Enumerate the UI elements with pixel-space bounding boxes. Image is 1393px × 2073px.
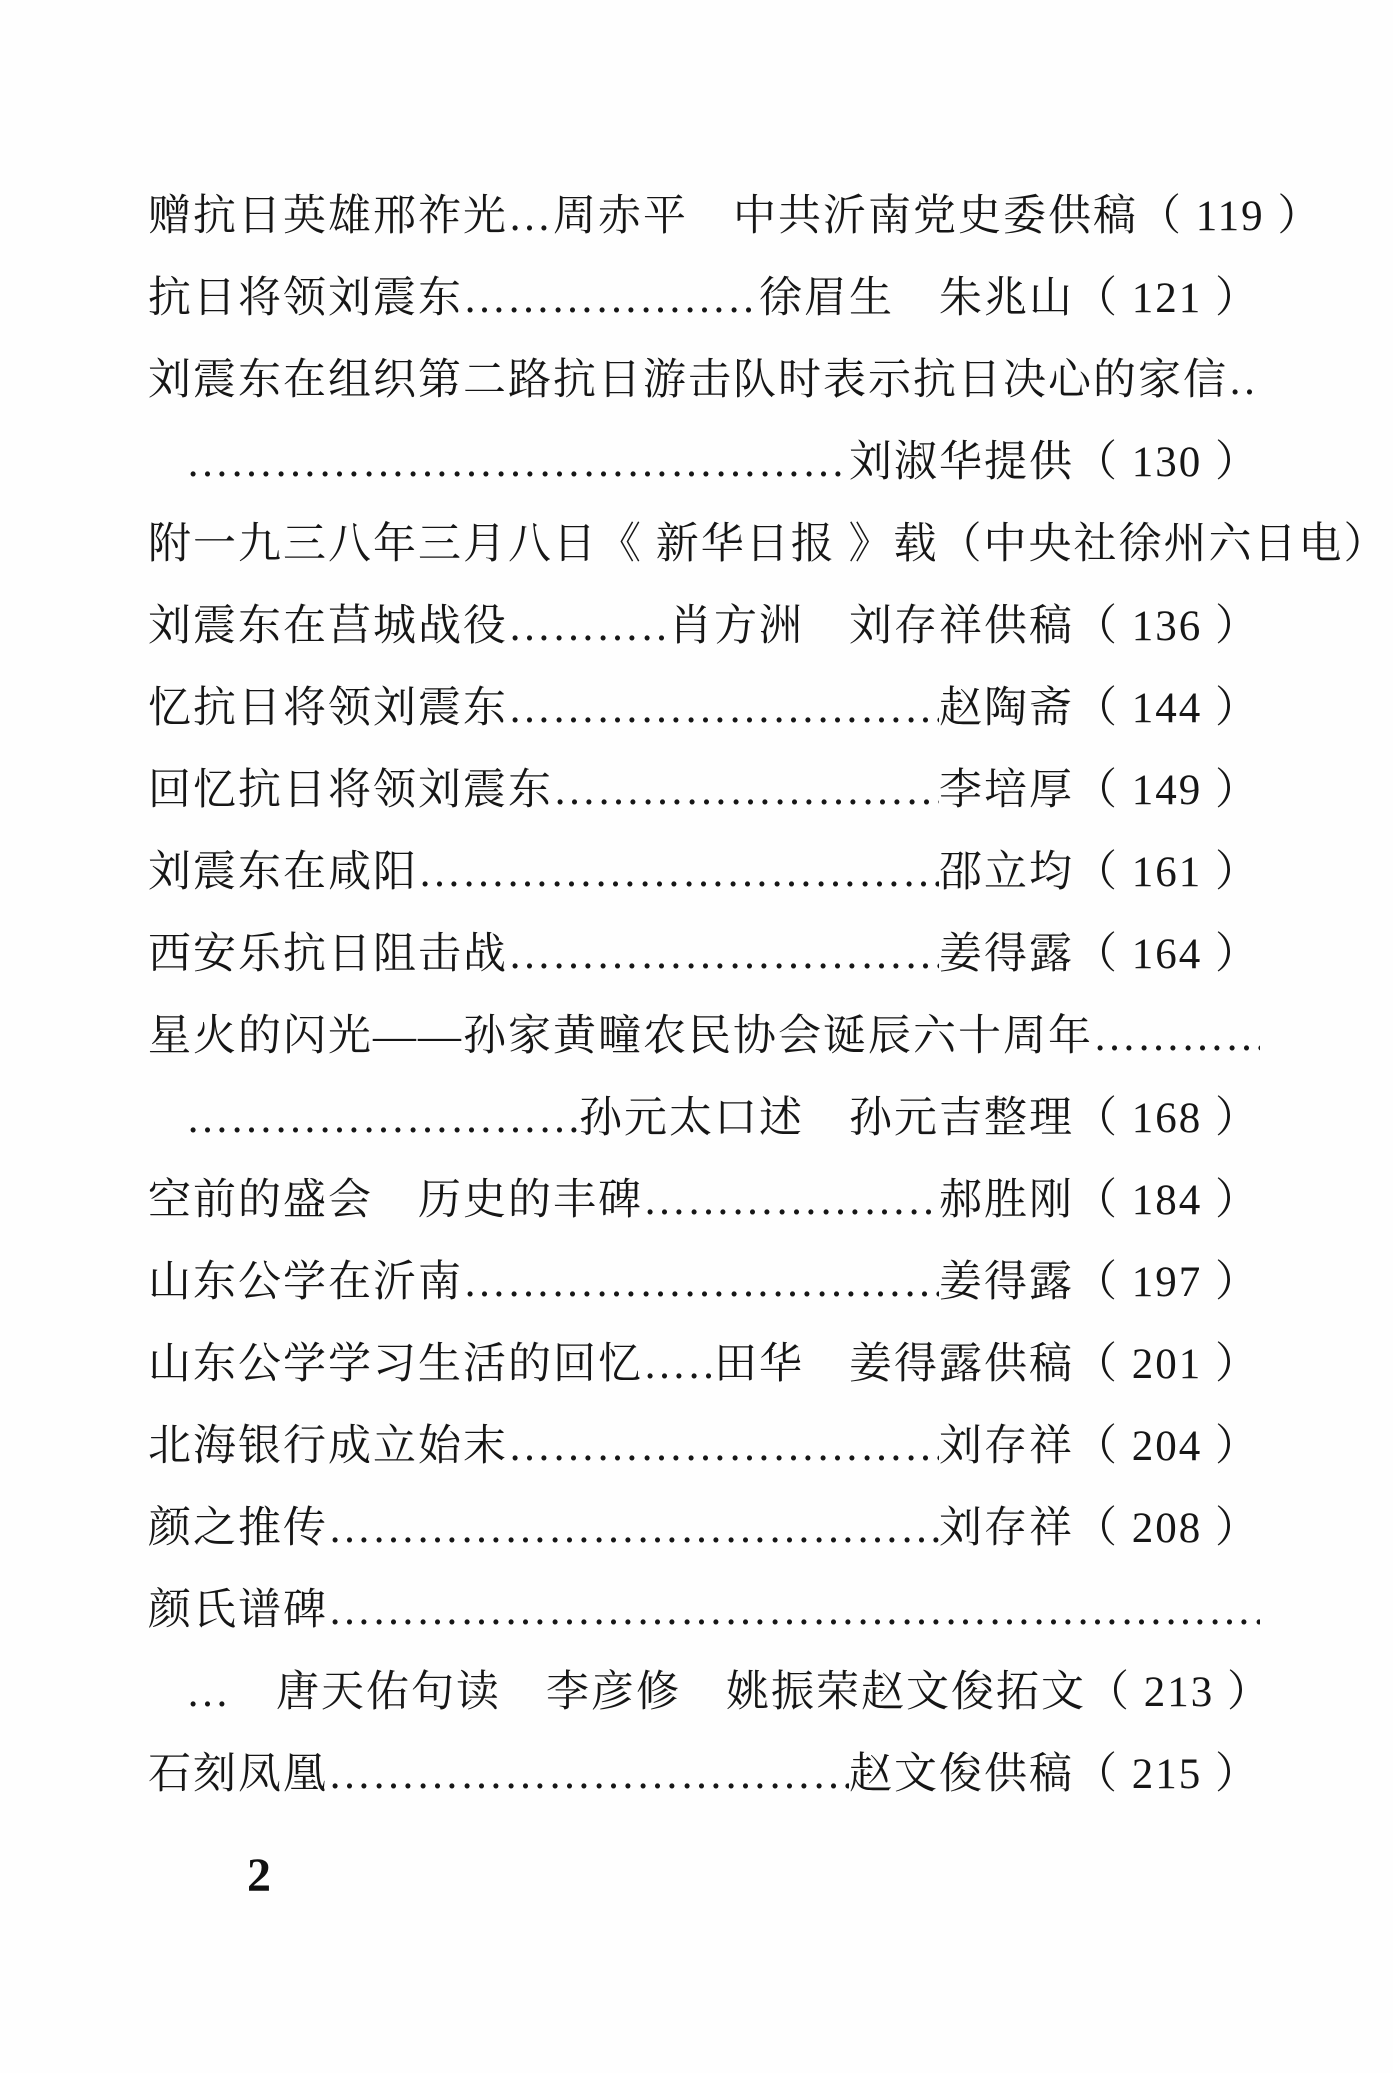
toc-line: 刘震东在组织第二路抗日游击队时表示抗日决心的家信…………………………………………… (148, 346, 1260, 428)
dot-leader: …………………………………………………………………………………………………………… (643, 1340, 714, 1389)
dot-leader: …………………………………………………………………………………………………………… (328, 1586, 1260, 1635)
toc-line-title: 颜之推传 (148, 1494, 328, 1555)
toc-line-authors-page: 徐眉生 朱兆山（ 121 ） (759, 264, 1260, 325)
toc-line-title: 星火的闪光——孙家黄疃农民协会诞辰六十周年 (148, 1002, 1093, 1063)
toc-line-authors-page: 刘存祥（ 208 ） (939, 1494, 1260, 1555)
toc-line-title: … 唐天佑句读 李彦修 姚振荣 (186, 1658, 861, 1719)
toc-line: 星火的闪光——孙家黄疃农民协会诞辰六十周年…………………………………………………… (148, 1002, 1260, 1084)
toc-line: 忆抗日将领刘震东……………………………………………………………………………………… (148, 674, 1260, 756)
toc-line: 西安乐抗日阻击战……………………………………………………………………………………… (148, 920, 1260, 1002)
toc-line: 抗日将领刘震东………………………………………………………………………………………… (148, 264, 1260, 346)
dot-leader: …………………………………………………………………………………………………………… (328, 1504, 939, 1553)
toc-line-title: 刘震东在组织第二路抗日游击队时表示抗日决心的家信 (148, 346, 1228, 407)
toc-line-title: 刘震东在咸阳 (148, 838, 418, 899)
toc-line: 刘震东在莒城战役……………………………………………………………………………………… (148, 592, 1260, 674)
toc-line-authors-page: 邵立均（ 161 ） (939, 838, 1260, 899)
toc-line-authors-page: 刘存祥（ 204 ） (939, 1412, 1260, 1473)
toc-line-title: 空前的盛会 历史的丰碑 (148, 1166, 643, 1227)
toc-line-authors-page: 田华 姜得露供稿（ 201 ） (714, 1330, 1260, 1391)
toc-line-authors-page: 姜得露（ 197 ） (939, 1248, 1260, 1309)
dot-leader: …………………………………………………………………………………………………………… (553, 766, 939, 815)
dot-leader: …………………………………………………………………………………………………………… (418, 848, 939, 897)
toc-line: 北海银行成立始末……………………………………………………………………………………… (148, 1412, 1260, 1494)
toc-line-title: 西安乐抗日阻击战 (148, 920, 508, 981)
toc-line: 空前的盛会 历史的丰碑……………………………………………………………………………… (148, 1166, 1260, 1248)
toc-line: 颜之推传………………………………………………………………………………………………… (148, 1494, 1260, 1576)
toc-line-title: 抗日将领刘震东 (148, 264, 463, 325)
toc-line-title: 赠抗日英雄邢祚光… (148, 182, 553, 243)
toc-line-authors-page: 赵文俊供稿（ 215 ） (849, 1740, 1260, 1801)
toc-line: …………………………………………………………………………………………………………… (148, 1084, 1260, 1166)
toc-line-authors-page: 肖方洲 刘存祥供稿（ 136 ） (669, 592, 1260, 653)
dot-leader: …………………………………………………………………………………………………………… (186, 1094, 579, 1143)
toc-line-title: 附一九三八年三月八日《 新华日报 》载（中央社徐州六日电） (148, 510, 1389, 571)
toc-line-title: 忆抗日将领刘震东 (148, 674, 508, 735)
dot-leader: …………………………………………………………………………………………………………… (508, 1422, 939, 1471)
dot-leader: …………………………………………………………………………………………………………… (508, 930, 939, 979)
dot-leader: …………………………………………………………………………………………………………… (186, 438, 849, 487)
toc-line: 山东公学在沂南………………………………………………………………………………………… (148, 1248, 1260, 1330)
toc-line-title: 山东公学学习生活的回忆 (148, 1330, 643, 1391)
toc-line-title: 颜氏谱碑 (148, 1576, 328, 1637)
book-page: 赠抗日英雄邢祚光…周赤平 中共沂南党史委供稿（ 119 ）抗日将领刘震东…………… (0, 0, 1393, 2073)
dot-leader: …………………………………………………………………………………………………………… (1228, 356, 1260, 405)
dot-leader: …………………………………………………………………………………………………………… (508, 684, 939, 733)
toc-line: 山东公学学习生活的回忆……………………………………………………………………………… (148, 1330, 1260, 1412)
toc-line: … 唐天佑句读 李彦修 姚振荣赵文俊拓文（ 213 ） (148, 1658, 1260, 1740)
toc-line-authors-page: 刘淑华提供（ 130 ） (849, 428, 1260, 489)
dot-leader: …………………………………………………………………………………………………………… (328, 1750, 849, 1799)
toc-line: …………………………………………………………………………………………………………… (148, 428, 1260, 510)
toc-line-title: 石刻凤凰 (148, 1740, 328, 1801)
toc-line-authors-page: 赵陶斋（ 144 ） (939, 674, 1260, 735)
dot-leader: …………………………………………………………………………………………………………… (643, 1176, 939, 1225)
toc-line-title: 山东公学在沂南 (148, 1248, 463, 1309)
table-of-contents: 赠抗日英雄邢祚光…周赤平 中共沂南党史委供稿（ 119 ）抗日将领刘震东…………… (148, 182, 1260, 1822)
toc-line: 石刻凤凰………………………………………………………………………………………………… (148, 1740, 1260, 1822)
toc-line: 赠抗日英雄邢祚光…周赤平 中共沂南党史委供稿（ 119 ） (148, 182, 1260, 264)
toc-line: 回忆抗日将领刘震东…………………………………………………………………………………… (148, 756, 1260, 838)
toc-line-title: 刘震东在莒城战役 (148, 592, 508, 653)
toc-line-authors-page: 郝胜刚（ 184 ） (939, 1166, 1260, 1227)
page-number: 2 (247, 1848, 271, 1903)
toc-line-authors-page: 李培厚（ 149 ） (939, 756, 1260, 817)
toc-line-title: 回忆抗日将领刘震东 (148, 756, 553, 817)
toc-line-authors-page: 周赤平 中共沂南党史委供稿（ 119 ） (553, 182, 1322, 243)
toc-line-authors-page: 姜得露（ 164 ） (939, 920, 1260, 981)
toc-line-title: 北海银行成立始末 (148, 1412, 508, 1473)
toc-line: 刘震东在咸阳…………………………………………………………………………………………… (148, 838, 1260, 920)
toc-line: 颜氏谱碑………………………………………………………………………………………………… (148, 1576, 1260, 1658)
dot-leader: …………………………………………………………………………………………………………… (463, 1258, 939, 1307)
dot-leader: …………………………………………………………………………………………………………… (508, 602, 669, 651)
dot-leader: …………………………………………………………………………………………………………… (1093, 1012, 1260, 1061)
toc-line: 附一九三八年三月八日《 新华日报 》载（中央社徐州六日电） (148, 510, 1260, 592)
dot-leader: …………………………………………………………………………………………………………… (463, 274, 759, 323)
toc-line-authors-page: 赵文俊拓文（ 213 ） (861, 1658, 1272, 1719)
toc-line-authors-page: 孙元太口述 孙元吉整理（ 168 ） (579, 1084, 1260, 1145)
